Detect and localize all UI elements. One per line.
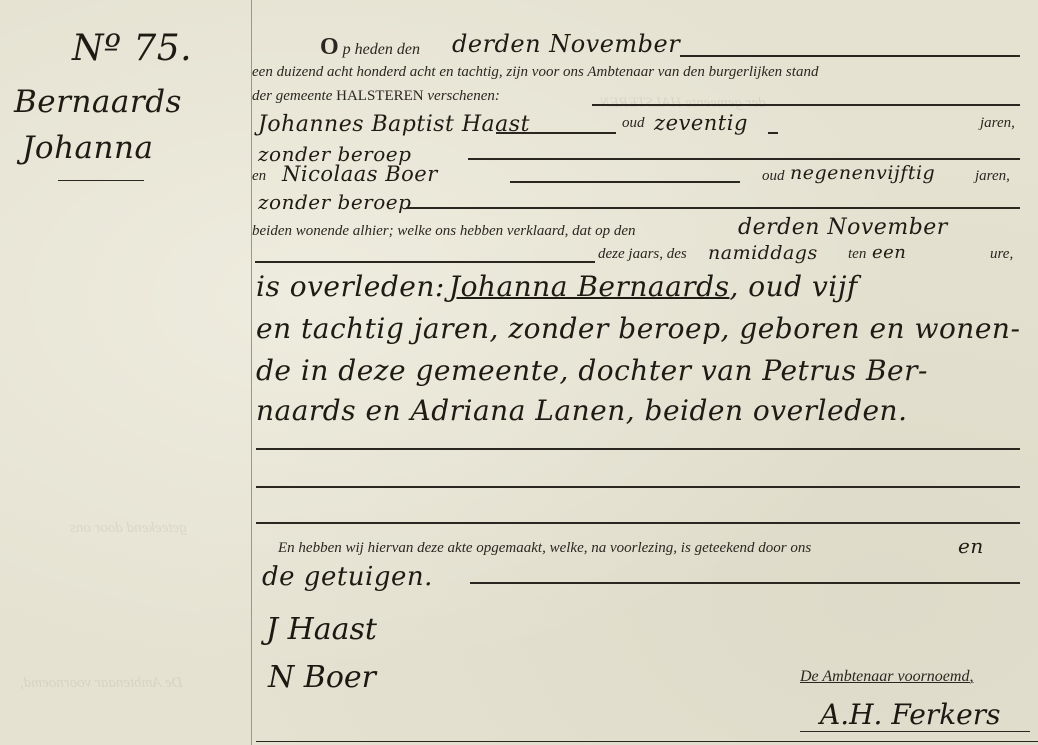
death-date: derden November [738,215,948,240]
witness2-age: negenenvijftig [790,162,935,184]
fill-line [406,207,1020,209]
margin-underline [58,180,144,181]
fill-line [468,158,1020,160]
official-label: De Ambtenaar voornoemd, [800,668,973,686]
fill-line [470,582,1020,584]
deceased-line-2: en tachtig jaren, zonder beroep, geboren… [256,312,1020,345]
oud-label: oud [762,168,785,185]
fill-line [592,104,1020,106]
entry-number: Nº 75. [72,28,192,69]
document-page: der gemeente HALSTEREN geteekend door on… [0,0,1038,745]
municipality-phrase: der gemeente HALSTEREN verschenen: [252,88,500,105]
closing-tail: en [958,534,984,558]
blank-line [256,448,1020,450]
municipality: HALSTEREN [336,88,424,104]
record-date: derden November [452,30,680,58]
signature-underline [800,731,1030,732]
deceased-line-3: de in deze gemeente, dochter van Petrus … [256,354,928,387]
closing-line-2: de getuigen. [262,562,433,592]
bleed-through-text: De Ambtenaar voornoemd, [20,675,183,692]
witness2-signature: N Boer [268,660,376,695]
fill-line [255,261,595,263]
margin-divider [251,0,252,745]
jaren-label: jaren, [980,115,1015,132]
fill-line [680,55,1020,57]
witness1-signature: J Haast [266,612,377,647]
bleed-through-text: geteekend door ons [70,520,187,537]
blank-line [256,486,1020,488]
witness2-occupation: zonder beroep [258,190,411,214]
margin-given-name: Johanna [22,130,153,166]
time-of-day: namiddags [708,242,818,264]
ure-label: ure, [990,246,1013,263]
blank-line [256,522,1020,524]
witness1-age: zeventig [654,111,748,135]
deceased-line-4: naards en Adriana Lanen, beiden overlede… [256,394,908,427]
bottom-rule [256,741,1038,742]
witness1-name: Johannes Baptist Haast [258,112,530,137]
opening-phrase: O p heden den [320,34,420,61]
fill-line [496,132,616,134]
witness2-name: Nicolaas Boer [282,162,438,186]
oud-label: oud [622,115,645,132]
deceased-name: Johanna Bernaards [449,270,730,303]
year-phrase: een duizend acht honderd acht en tachtig… [252,64,818,81]
fill-line [510,181,740,183]
hour: een [872,242,906,263]
margin-surname: Bernaards [14,84,182,120]
deceased-line-1: is overleden: Johanna Bernaards, oud vij… [256,270,858,303]
declaration-phrase: beiden wonende alhier; welke ons hebben … [252,223,636,240]
closing-phrase: En hebben wij hiervan deze akte opgemaak… [278,540,811,557]
jaren-label: jaren, [975,168,1010,185]
official-signature: A.H. Ferkers [820,698,1000,731]
fill-line [768,132,778,134]
ten-label: ten [848,246,866,263]
deze-jaars-label: deze jaars, des [598,246,687,263]
en-label: en [252,168,266,185]
